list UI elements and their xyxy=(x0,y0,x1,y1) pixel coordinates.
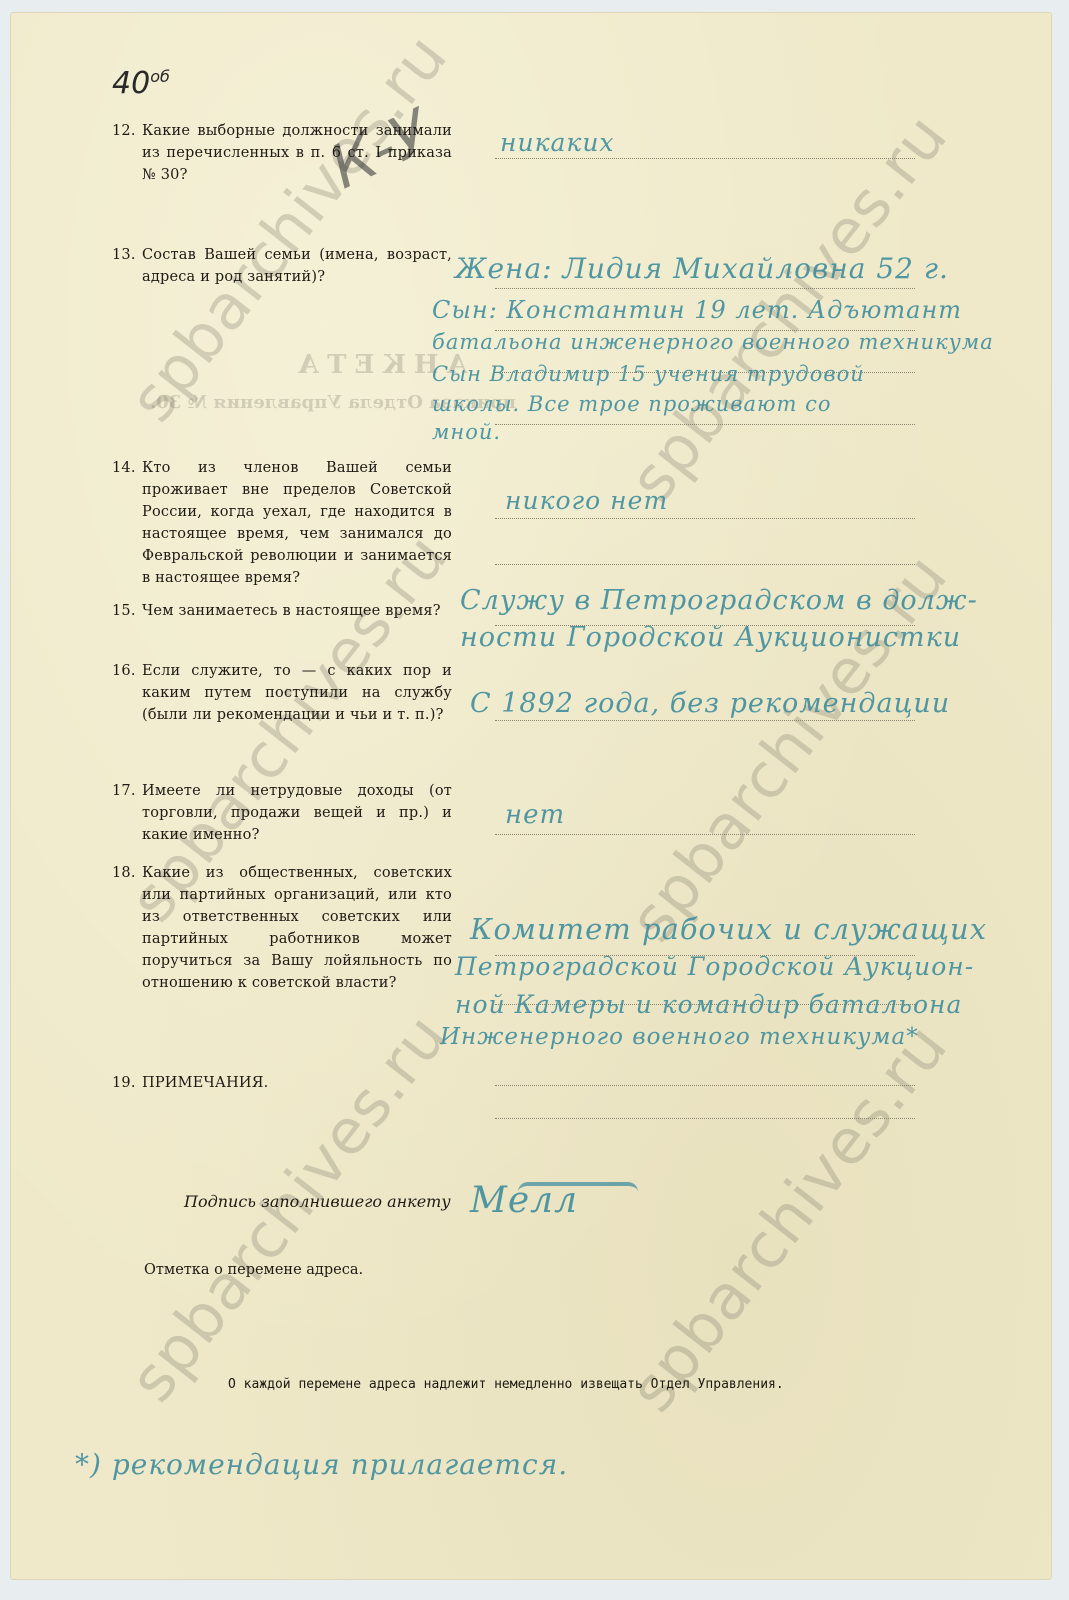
question-14: 14. Кто из членов Вашей семьи проживает … xyxy=(112,457,452,589)
answer-17: нет xyxy=(505,800,565,830)
question-text: Имеете ли нетрудовые доходы (от торговли… xyxy=(112,780,452,846)
question-number: 14. xyxy=(112,457,136,479)
question-text: Чем занимаетесь в настоящее время? xyxy=(112,600,452,622)
question-18: 18. Какие из общественных, советских или… xyxy=(112,862,452,994)
question-number: 17. xyxy=(112,780,136,802)
question-number: 19. xyxy=(112,1072,136,1094)
answer-line xyxy=(495,424,915,425)
bottom-note: *) рекомендация прилагается. xyxy=(75,1448,568,1481)
question-17: 17. Имеете ли нетрудовые доходы (от торг… xyxy=(112,780,452,846)
signature-flourish xyxy=(518,1182,638,1192)
question-number: 18. xyxy=(112,862,136,884)
answer-18-line-2: Петроградской Городской Аукцион- xyxy=(455,952,974,981)
page-number: 40 xyxy=(112,66,150,101)
answer-13-line-1: Жена: Лидия Михайловна 52 г. xyxy=(455,252,949,285)
question-19: 19. ПРИМЕЧАНИЯ. xyxy=(112,1072,452,1094)
question-text: Какие выборные должности занимали из пер… xyxy=(112,120,452,186)
answer-18-line-3: ной Камеры и командир батальона xyxy=(455,990,962,1019)
question-text: Какие из общественных, советских или пар… xyxy=(112,862,452,994)
answer-line xyxy=(495,1118,915,1119)
address-change-label: Отметка о перемене адреса. xyxy=(144,1262,363,1278)
question-text: Состав Вашей семьи (имена, возраст, адре… xyxy=(112,244,452,288)
answer-15-line-2: ности Городской Аукционистки xyxy=(460,622,961,653)
question-number: 15. xyxy=(112,600,136,622)
answer-12: никаких xyxy=(500,128,615,157)
answer-13-line-2: Сын: Константин 19 лет. Адъютант xyxy=(432,296,962,324)
answer-line xyxy=(495,720,915,721)
answer-13-line-3: батальона инженерного военного техникума xyxy=(432,330,994,354)
answer-13-line-5: школы. Все трое проживают со xyxy=(432,392,832,416)
footer-notice: О каждой перемене адреса надлежит немедл… xyxy=(228,1377,784,1392)
page-number-mark: 40об xyxy=(112,66,170,101)
answer-line xyxy=(495,158,915,159)
signature-label: Подпись заполнившего анкету xyxy=(184,1192,451,1211)
answer-13-line-6: мной. xyxy=(432,420,501,444)
question-16: 16. Если служите, то — с каких пор и как… xyxy=(112,660,452,726)
answer-line xyxy=(495,564,915,565)
question-text: Кто из членов Вашей семьи проживает вне … xyxy=(112,457,452,589)
question-number: 16. xyxy=(112,660,136,682)
question-15: 15. Чем занимаетесь в настоящее время? xyxy=(112,600,452,622)
question-number: 13. xyxy=(112,244,136,266)
answer-line xyxy=(495,834,915,835)
answer-line xyxy=(495,288,915,289)
question-13: 13. Состав Вашей семьи (имена, возраст, … xyxy=(112,244,452,288)
page-number-suffix: об xyxy=(150,67,170,86)
answer-15-line-1: Служу в Петроградском в долж- xyxy=(460,585,978,616)
answer-16: С 1892 года, без рекомендации xyxy=(470,688,950,719)
answer-18-line-1: Комитет рабочих и служащих xyxy=(470,912,987,946)
answer-18-line-4: Инженерного военного техникума* xyxy=(440,1024,919,1050)
question-number: 12. xyxy=(112,120,136,142)
answer-line xyxy=(495,518,915,519)
question-text: ПРИМЕЧАНИЯ. xyxy=(112,1072,452,1094)
question-12: 12. Какие выборные должности занимали из… xyxy=(112,120,452,186)
answer-13-line-4: Сын Владимир 15 учения трудовой xyxy=(432,362,865,386)
question-text: Если служите, то — с каких пор и каким п… xyxy=(112,660,452,726)
answer-line xyxy=(495,1085,915,1086)
answer-14: никого нет xyxy=(505,486,668,515)
